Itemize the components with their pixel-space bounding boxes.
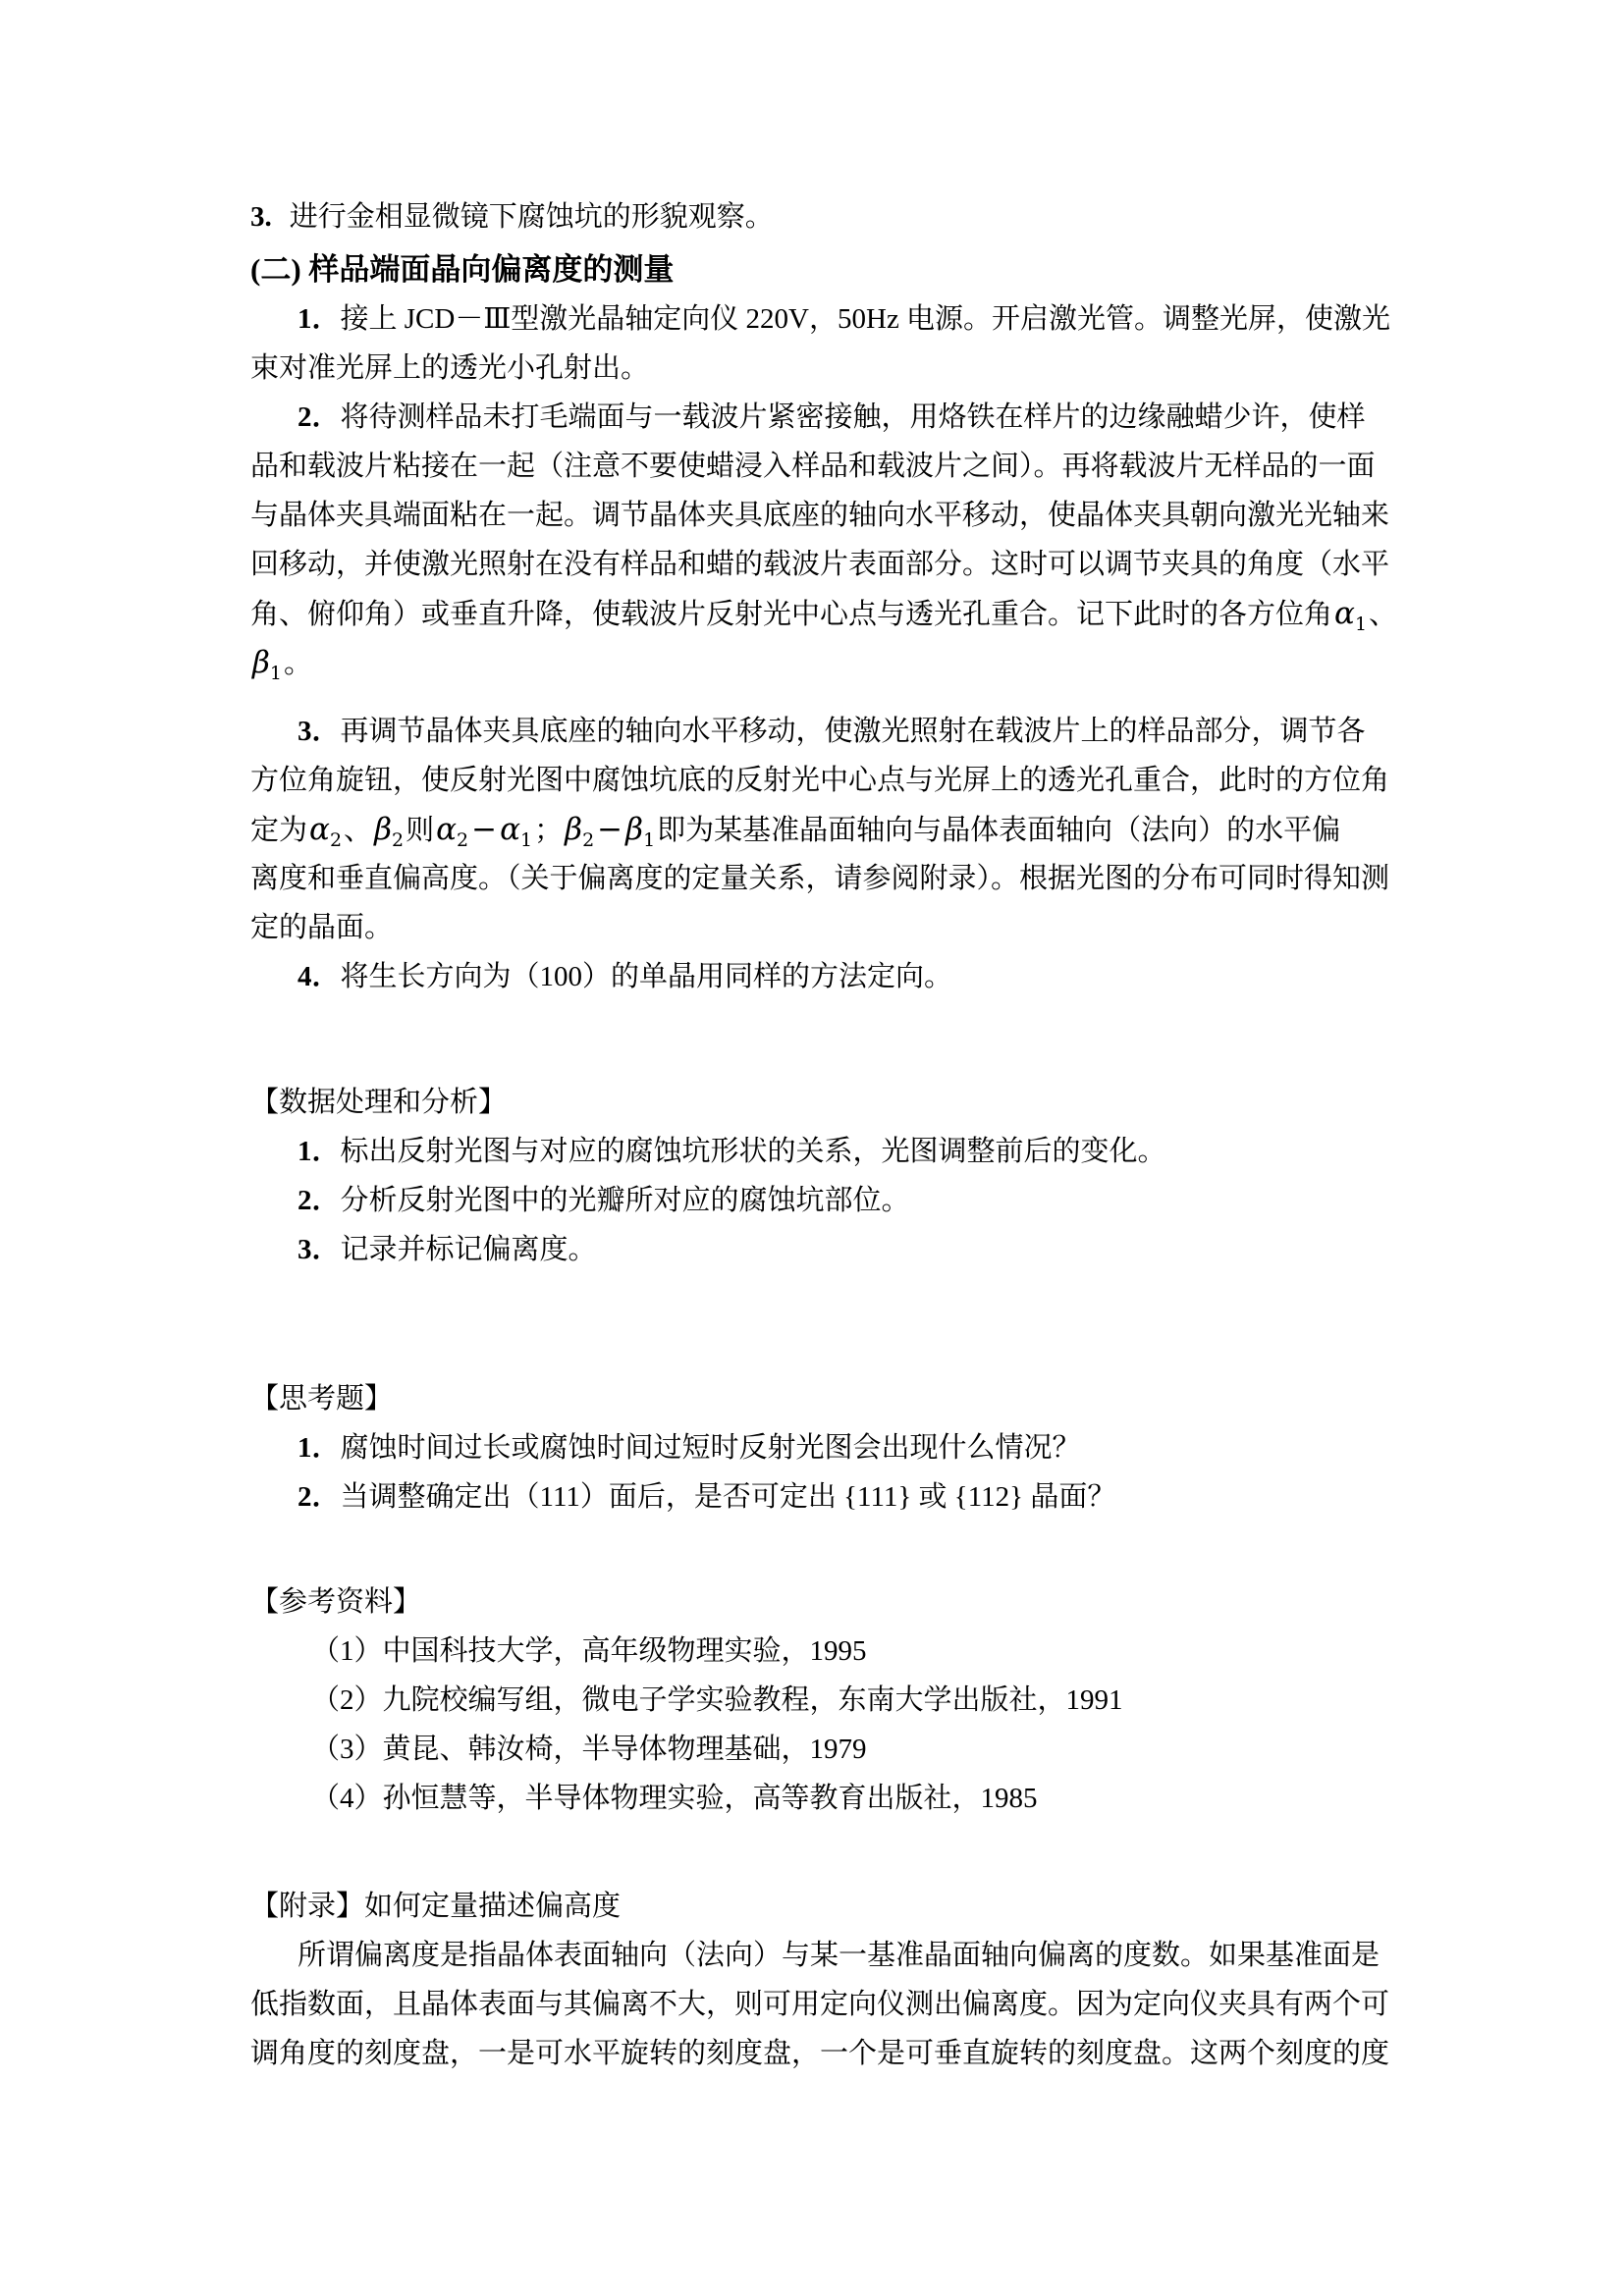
math-beta-1: β1 [250,645,284,680]
punctuation: 、 [1369,599,1397,630]
step-text: 将待测样品未打毛端面与一载波片紧密接触，用烙铁在样片的边缘融蜡少许，使样 [341,401,1366,433]
text-line: 束对准光屏上的透光小孔射出。 [250,344,1496,393]
punctuation: ； [534,815,563,846]
text-line: 3．再调节晶体夹具底座的轴向水平移动，使激光照射在载波片上的样品部分，调节各 [250,707,1496,756]
procedure-step-3: 3．再调节晶体夹具底座的轴向水平移动，使激光照射在载波片上的样品部分，调节各 方… [250,707,1496,952]
math-beta-2: β2 [372,812,406,847]
text-line: 与晶体夹具端面粘在一起。调节晶体夹具底座的轴向水平移动，使晶体夹具朝向激光光轴来 [250,491,1496,540]
step-number: 3． [298,716,341,747]
math-alpha-2: α2 [307,812,344,847]
text-line: 所谓偏离度是指晶体表面轴向（法向）与某一基准晶面轴向偏离的度数。如果基准面是 [250,1931,1496,1980]
reference-item: （3）黄昆、韩汝椅，半导体物理基础，1979 [250,1725,1496,1774]
section-heading: 【参考资料】 [250,1577,1496,1627]
punctuation: 。 [284,648,312,679]
item-text: 腐蚀时间过长或腐蚀时间过短时反射光图会出现什么情况？ [341,1432,1081,1464]
item-text: 进行金相显微镜下腐蚀坑的形貌观察。 [290,201,774,233]
step-text: 再调节晶体夹具底座的轴向水平移动，使激光照射在载波片上的样品部分，调节各 [341,716,1366,747]
reference-item: （2）九院校编写组，微电子学实验教程，东南大学出版社，1991 [250,1676,1496,1725]
list-item: 1．腐蚀时间过长或腐蚀时间过短时反射光图会出现什么情况？ [250,1423,1496,1472]
text-line: 定的晶面。 [250,903,1496,952]
section-heading: 【数据处理和分析】 [250,1078,1496,1127]
math-alpha2-minus-alpha1: α2−α1 [434,812,534,847]
text-line: 低指数面，且晶体表面与其偏离不大，则可用定向仪测出偏离度。因为定向仪夹具有两个可 [250,1980,1496,2029]
step-text: 接上 JCD－Ⅲ型激光晶轴定向仪 220V，50Hz 电源。开启激光管。调整光屏… [341,303,1391,335]
section-heading: 【附录】如何定量描述偏高度 [250,1882,1496,1931]
item-number: 1． [298,1432,341,1464]
text-line: 回移动，并使激光照射在没有样品和蜡的载波片表面部分。这时可以调节夹具的角度（水平 [250,540,1496,589]
list-item: 2．分析反射光图中的光瓣所对应的腐蚀坑部位。 [250,1176,1496,1225]
document-page: 3.进行金相显微镜下腐蚀坑的形貌观察。 (二) 样品端面晶向偏离度的测量 1．接… [0,0,1624,2296]
item-number: 1． [298,1136,341,1167]
item-number: 2． [298,1481,341,1513]
section-questions: 【思考题】 1．腐蚀时间过长或腐蚀时间过短时反射光图会出现什么情况？ 2．当调整… [250,1374,1496,1522]
punctuation: 、 [344,815,372,846]
step-text: 则 [406,815,434,846]
text-line: 方位角旋钮，使反射光图中腐蚀坑底的反射光中心点与光屏上的透光孔重合，此时的方位角 [250,756,1496,805]
item-number: 3． [298,1234,341,1265]
math-alpha-1: α1 [1332,596,1369,631]
section-heading: 【思考题】 [250,1374,1496,1423]
text-line: 品和载波片粘接在一起（注意不要使蜡浸入样品和载波片之间）。再将载波片无样品的一面 [250,442,1496,491]
item-text: 当调整确定出（111）面后，是否可定出 {111} 或 {112} 晶面？ [341,1481,1116,1513]
procedure-step-4: 4．将生长方向为（100）的单晶用同样的方法定向。 [250,952,1496,1001]
item-number: 3. [250,201,290,233]
section-data-analysis: 【数据处理和分析】 1．标出反射光图与对应的腐蚀坑形状的关系，光图调整前后的变化… [250,1078,1496,1274]
procedure-step-1: 1．接上 JCD－Ⅲ型激光晶轴定向仪 220V，50Hz 电源。开启激光管。调整… [250,294,1496,393]
list-item: 3．记录并标记偏离度。 [250,1225,1496,1274]
item-text: 记录并标记偏离度。 [341,1234,597,1265]
reference-item: （1）中国科技大学，高年级物理实验，1995 [250,1627,1496,1676]
step-number: 4． [298,961,341,992]
section-references: 【参考资料】 （1）中国科技大学，高年级物理实验，1995 （2）九院校编写组，… [250,1577,1496,1823]
step-number: 1． [298,303,341,335]
list-item: 2．当调整确定出（111）面后，是否可定出 {111} 或 {112} 晶面？ [250,1472,1496,1522]
step-number: 2． [298,401,341,433]
procedure-step-2: 2．将待测样品未打毛端面与一载波片紧密接触，用烙铁在样片的边缘融蜡少许，使样 品… [250,393,1496,687]
item-text: 标出反射光图与对应的腐蚀坑形状的关系，光图调整前后的变化。 [341,1136,1166,1167]
reference-item: （4）孙恒慧等，半导体物理实验，高等教育出版社，1985 [250,1774,1496,1823]
step-text: 即为某基准晶面轴向与晶体表面轴向（法向）的水平偏 [657,815,1340,846]
item-text: 分析反射光图中的光瓣所对应的腐蚀坑部位。 [341,1185,910,1216]
text-line: 调角度的刻度盘，一是可水平旋转的刻度盘，一个是可垂直旋转的刻度盘。这两个刻度的度 [250,2029,1496,2078]
text-line: 离度和垂直偏高度。（关于偏离度的定量关系，请参阅附录）。根据光图的分布可同时得知… [250,854,1496,903]
text-line: 2．将待测样品未打毛端面与一载波片紧密接触，用烙铁在样片的边缘融蜡少许，使样 [250,393,1496,442]
math-beta2-minus-beta1: β2−β1 [563,812,657,847]
list-item-observe: 3.进行金相显微镜下腐蚀坑的形貌观察。 [250,192,1496,241]
section-appendix: 【附录】如何定量描述偏高度 所谓偏离度是指晶体表面轴向（法向）与某一基准晶面轴向… [250,1882,1496,2078]
list-item: 1．标出反射光图与对应的腐蚀坑形状的关系，光图调整前后的变化。 [250,1127,1496,1176]
text-line-math: 定为α2、β2则α2−α1；β2−β1即为某基准晶面轴向与晶体表面轴向（法向）的… [250,805,1496,854]
item-number: 2． [298,1185,341,1216]
step-text: 角、俯仰角）或垂直升降，使载波片反射光中心点与透光孔重合。记下此时的各方位角 [250,599,1332,630]
step-text: 将生长方向为（100）的单晶用同样的方法定向。 [341,961,953,992]
text-line: 角、俯仰角）或垂直升降，使载波片反射光中心点与透光孔重合。记下此时的各方位角α1… [250,589,1496,638]
section-heading-measurement: (二) 样品端面晶向偏离度的测量 [250,245,1496,294]
text-line: 1．接上 JCD－Ⅲ型激光晶轴定向仪 220V，50Hz 电源。开启激光管。调整… [250,294,1496,344]
text-line: β1。 [250,638,1496,687]
step-text: 定为 [250,815,307,846]
